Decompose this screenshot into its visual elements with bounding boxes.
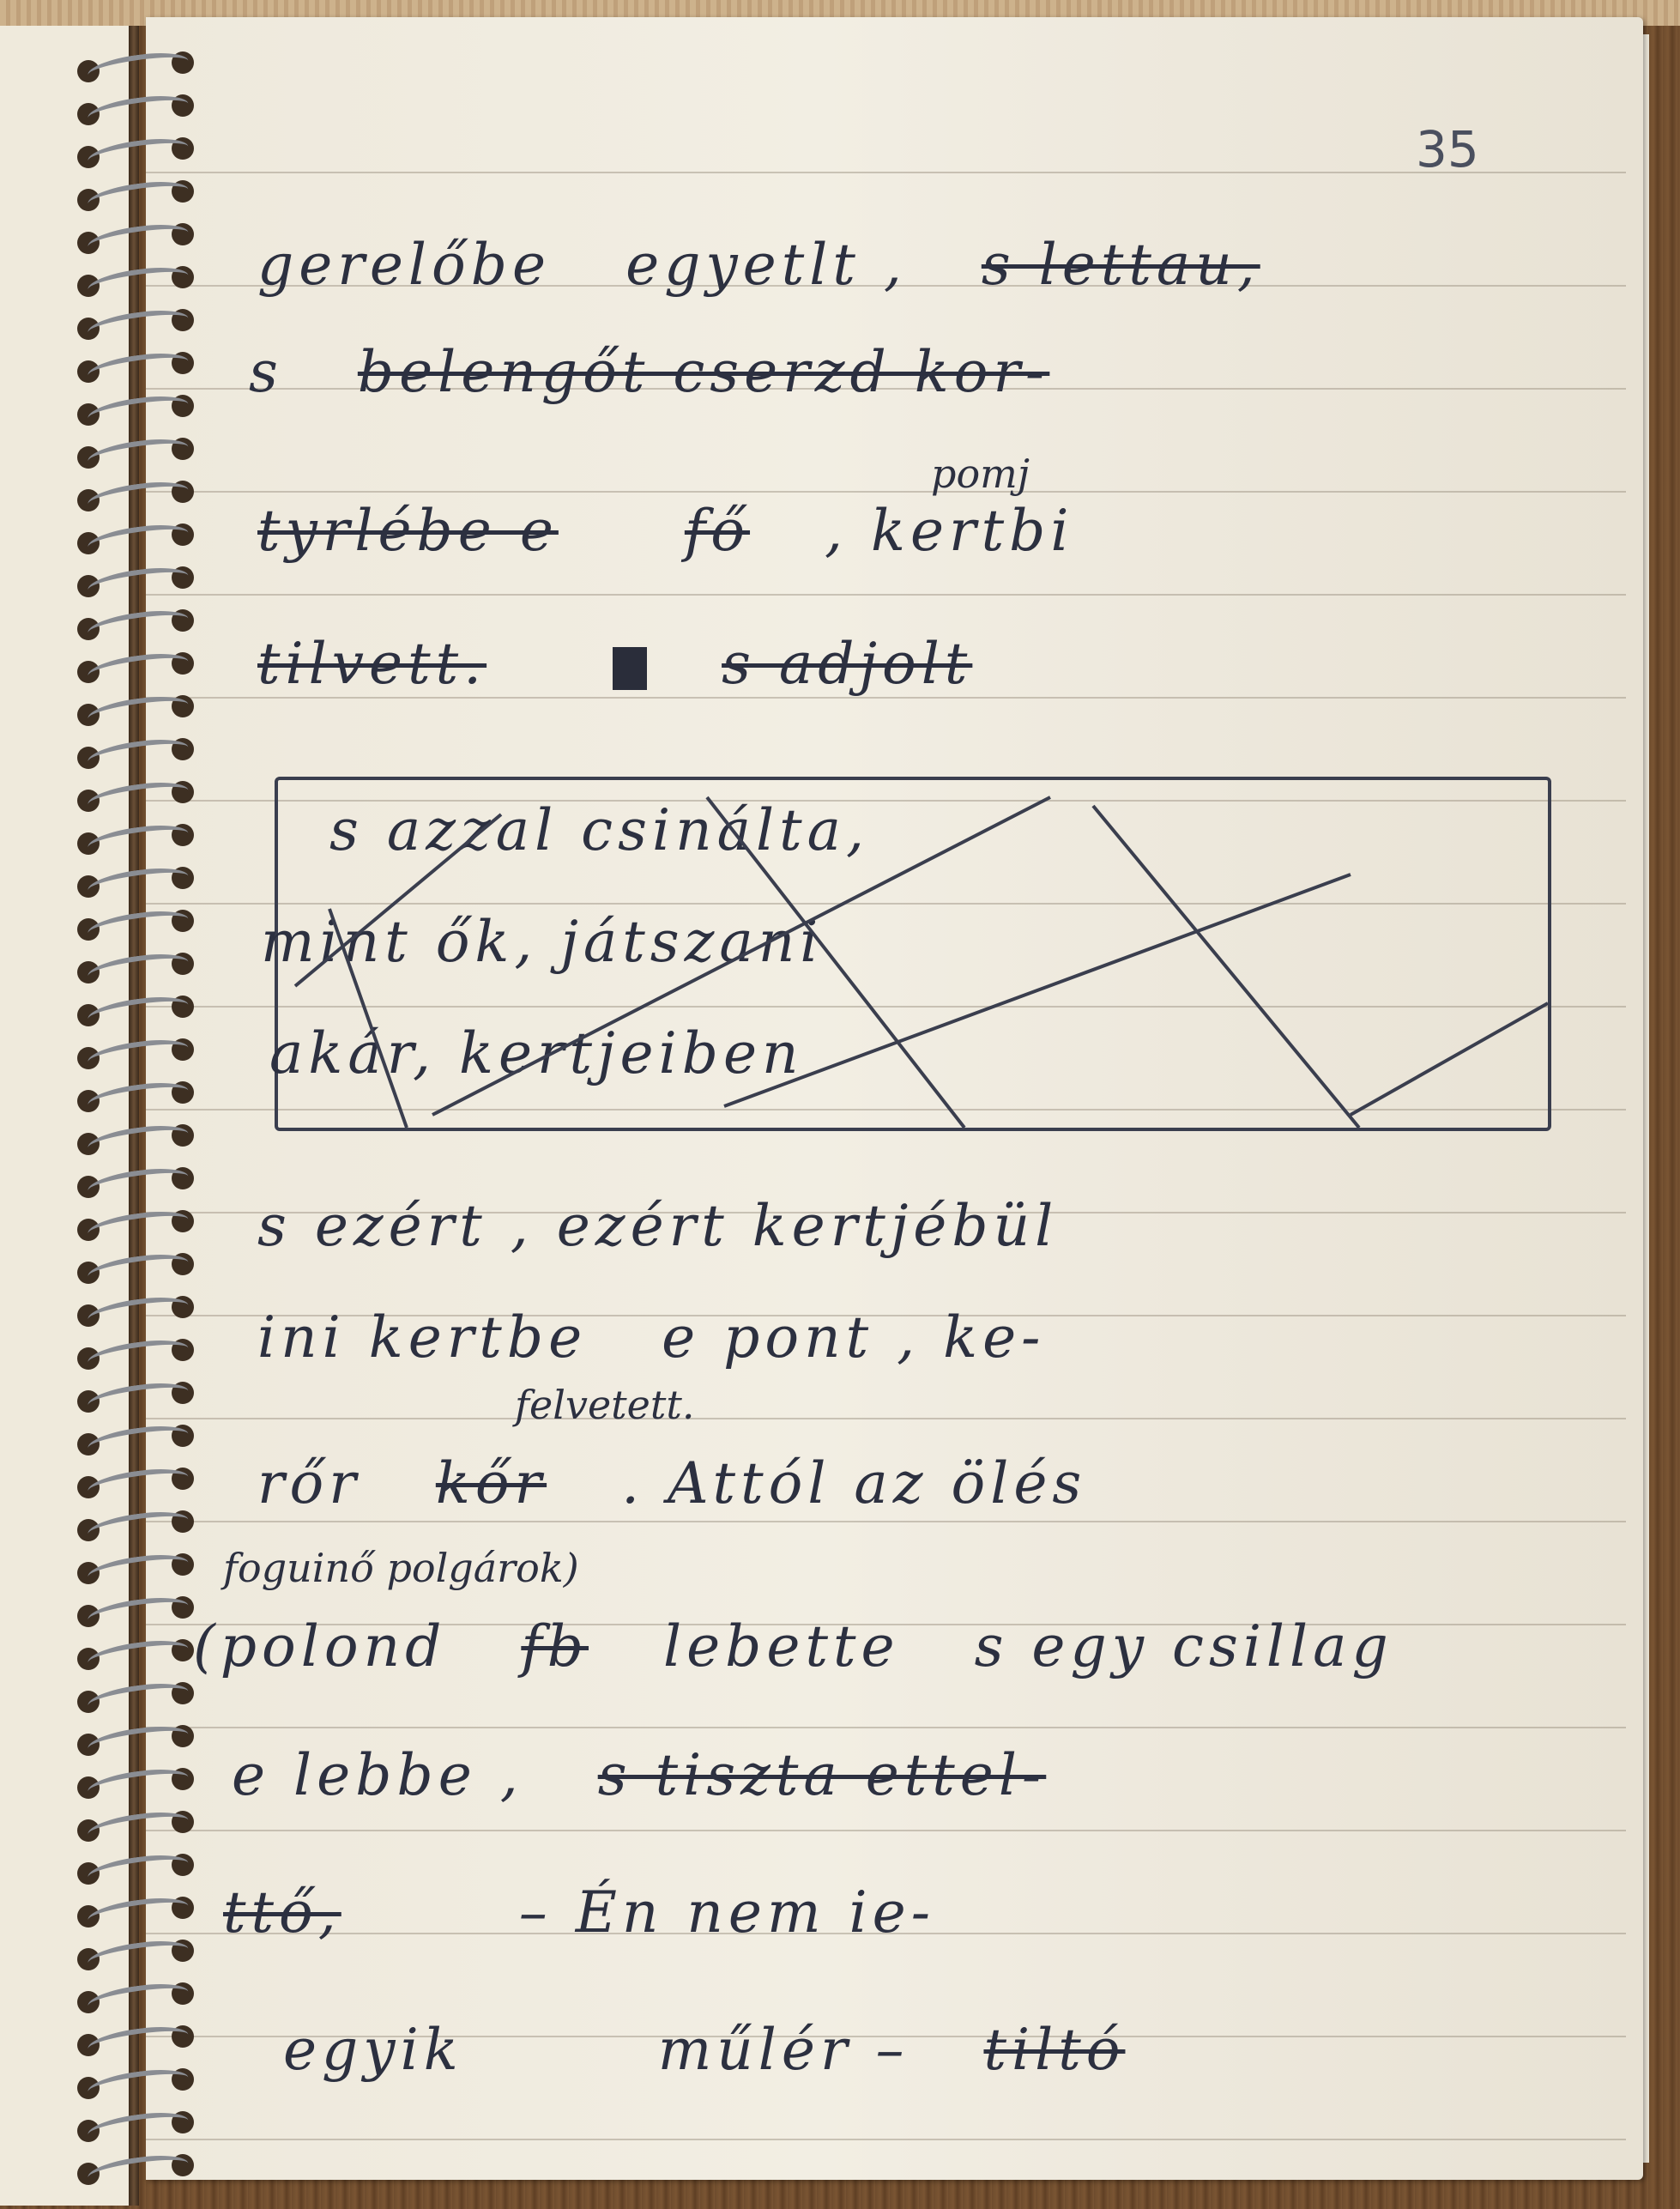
wire-loop: [86, 1292, 190, 1332]
spiral-coil: [77, 1081, 197, 1111]
spiral-coil: [77, 309, 197, 338]
rule-line: [146, 1830, 1626, 1831]
spiral-coil: [77, 94, 197, 124]
spiral-coil: [77, 1897, 197, 1926]
wire-loop: [86, 820, 190, 860]
rule-line: [146, 2139, 1626, 2140]
wire-loop: [86, 1936, 190, 1976]
spiral-binding: [77, 51, 206, 2197]
wire-loop: [86, 778, 190, 817]
word: (polond: [193, 1613, 446, 1679]
cross-out-strokes: [278, 780, 1548, 1128]
handwritten-line-8: (polond fb lebette s egy csillag: [193, 1613, 1603, 1679]
wire-loop: [86, 2151, 190, 2190]
spiral-coil: [77, 910, 197, 939]
wire-loop: [86, 1550, 190, 1589]
struck-word: fő: [685, 498, 750, 564]
crossed-out-paragraph: s azzal csinálta, mint ők, játszani akár…: [275, 777, 1551, 1131]
wire-loop: [86, 949, 190, 989]
spiral-coil: [77, 1167, 197, 1196]
spiral-coil: [77, 266, 197, 295]
spiral-coil: [77, 867, 197, 896]
interlinear-insertion: felvetett.: [515, 1382, 694, 1428]
handwritten-line-10: ttő, – Én nem ie-: [223, 1879, 1603, 1946]
wire-loop: [86, 563, 190, 602]
spiral-coil: [77, 996, 197, 1025]
wire-loop: [86, 649, 190, 688]
spiral-coil: [77, 137, 197, 166]
rule-line: [146, 1418, 1626, 1419]
interlinear-insertion: pomj: [931, 451, 1030, 497]
struck-word: belengőt cserzd kor-: [358, 339, 1050, 405]
wire-loop: [86, 434, 190, 474]
page-number: 35: [1416, 120, 1479, 179]
word: egyik: [283, 2017, 463, 2083]
wire-loop: [86, 1893, 190, 1933]
wire-loop: [86, 220, 190, 259]
struck-word: kőr: [436, 1450, 547, 1516]
spiral-coil: [77, 2154, 197, 2183]
spiral-coil: [77, 1124, 197, 1153]
interlinear-insertion: foguinő polgárok): [223, 1545, 579, 1591]
wire-loop: [86, 1850, 190, 1890]
spiral-coil: [77, 1768, 197, 1797]
spiral-coil: [77, 395, 197, 424]
spiral-coil: [77, 953, 197, 982]
spiral-coil: [77, 481, 197, 510]
word: , kertbi: [825, 498, 1073, 564]
spiral-coil: [77, 2068, 197, 2097]
word: lebette: [663, 1613, 900, 1679]
spiral-coil: [77, 524, 197, 553]
spiral-coil: [77, 1982, 197, 2012]
spiral-coil: [77, 695, 197, 724]
spiral-coil: [77, 1382, 197, 1411]
spiral-coil: [77, 1253, 197, 1282]
word: egyetlt ,: [625, 232, 907, 298]
spiral-coil: [77, 223, 197, 252]
spiral-coil: [77, 824, 197, 853]
spiral-coil: [77, 2111, 197, 2140]
wire-loop: [86, 1979, 190, 2018]
wire-loop: [86, 692, 190, 731]
spiral-coil: [77, 781, 197, 810]
handwritten-line-1: gerelőbe egyetlt , s lettau,: [257, 232, 1603, 298]
wire-loop: [86, 477, 190, 517]
wire-loop: [86, 1421, 190, 1461]
wire-loop: [86, 48, 190, 88]
spiral-coil: [77, 1725, 197, 1754]
spiral-coil: [77, 1468, 197, 1497]
word: s egy csillag: [975, 1613, 1393, 1679]
rule-line: [146, 594, 1626, 596]
wire-loop: [86, 1250, 190, 1289]
spiral-coil: [77, 738, 197, 767]
wire-loop: [86, 1035, 190, 1074]
wire-loop: [86, 606, 190, 645]
rule-line: [146, 697, 1626, 699]
word: gerelőbe: [257, 232, 551, 298]
word: s: [249, 339, 283, 405]
word: ini kertbe: [257, 1304, 587, 1371]
wire-loop: [86, 1764, 190, 1804]
struck-word: s tiszta ettel-: [598, 1742, 1047, 1808]
wire-loop: [86, 2065, 190, 2104]
wire-loop: [86, 1636, 190, 1675]
wire-loop: [86, 1207, 190, 1246]
spiral-coil: [77, 1940, 197, 1969]
handwritten-line-7: rőr kőr . Attól az ölés: [257, 1450, 1603, 1516]
rule-line: [146, 1727, 1626, 1728]
handwritten-line-9: e lebbe , s tiszta ettel-: [232, 1742, 1603, 1808]
spiral-coil: [77, 609, 197, 638]
spiral-coil: [77, 1510, 197, 1540]
wire-loop: [86, 906, 190, 946]
wire-loop: [86, 2108, 190, 2147]
wire-loop: [86, 1807, 190, 1847]
wire-loop: [86, 1164, 190, 1203]
wire-loop: [86, 735, 190, 774]
struck-word: ttő,: [223, 1879, 341, 1946]
word: e pont , ke-: [662, 1304, 1045, 1371]
handwritten-line-5: s ezért , ezért kertjébül: [257, 1193, 1603, 1259]
spiral-coil: [77, 1854, 197, 1883]
rule-line: [146, 172, 1626, 173]
spiral-coil: [77, 652, 197, 681]
rule-line: [146, 491, 1626, 493]
word: e lebbe ,: [232, 1742, 523, 1808]
spiral-coil: [77, 180, 197, 209]
handwritten-line-4: tilvett. s adjolt: [257, 631, 1603, 697]
struck-word: tiltó: [983, 2017, 1125, 2083]
spiral-coil: [77, 1811, 197, 1840]
spiral-coil: [77, 51, 197, 81]
struck-word: s adjolt: [722, 631, 972, 697]
word: . Attól az ölés: [621, 1450, 1086, 1516]
spiral-coil: [77, 1339, 197, 1368]
spiral-coil: [77, 1553, 197, 1583]
wire-loop: [86, 992, 190, 1032]
wire-loop: [86, 1507, 190, 1546]
handwritten-line-6: ini kertbe e pont , ke-: [257, 1304, 1603, 1371]
word: s ezért , ezért kertjébül: [257, 1193, 1058, 1259]
wire-loop: [86, 1335, 190, 1375]
wire-loop: [86, 177, 190, 216]
wire-loop: [86, 306, 190, 345]
wire-loop: [86, 1121, 190, 1160]
spiral-coil: [77, 1425, 197, 1454]
wire-loop: [86, 348, 190, 388]
wire-loop: [86, 1593, 190, 1632]
wire-loop: [86, 134, 190, 173]
handwritten-line-11: egyik műlér – tiltó: [283, 2017, 1603, 2083]
wire-loop: [86, 1464, 190, 1504]
struck-word: s lettau,: [982, 232, 1260, 298]
struck-word: tilvett.: [257, 631, 486, 697]
wire-loop: [86, 1078, 190, 1117]
spiral-coil: [77, 1596, 197, 1625]
word: rőr: [257, 1450, 361, 1516]
wire-loop: [86, 1722, 190, 1761]
struck-word: fb: [521, 1613, 589, 1679]
wire-loop: [86, 2022, 190, 2061]
wire-loop: [86, 263, 190, 302]
spiral-coil: [77, 1038, 197, 1068]
spiral-coil: [77, 1296, 197, 1325]
spiral-coil: [77, 566, 197, 596]
spiral-coil: [77, 1682, 197, 1711]
word: műlér –: [658, 2017, 909, 2083]
spiral-coil: [77, 1210, 197, 1239]
handwritten-line-2: s belengőt cserzd kor-: [249, 339, 1603, 405]
wire-loop: [86, 520, 190, 560]
wire-loop: [86, 391, 190, 431]
spiral-coil: [77, 1639, 197, 1668]
rule-line: [146, 1521, 1626, 1522]
word: – Én nem ie-: [519, 1879, 935, 1946]
wire-loop: [86, 1679, 190, 1718]
wire-loop: [86, 1378, 190, 1418]
spiral-coil: [77, 438, 197, 467]
struck-word: tyrlébe e: [257, 498, 559, 564]
wire-loop: [86, 863, 190, 903]
handwritten-line-3: tyrlébe e fő , kertbi: [257, 498, 1603, 564]
spiral-coil: [77, 352, 197, 381]
ink-blot: [613, 647, 647, 690]
wire-loop: [86, 91, 190, 130]
spiral-coil: [77, 2025, 197, 2055]
